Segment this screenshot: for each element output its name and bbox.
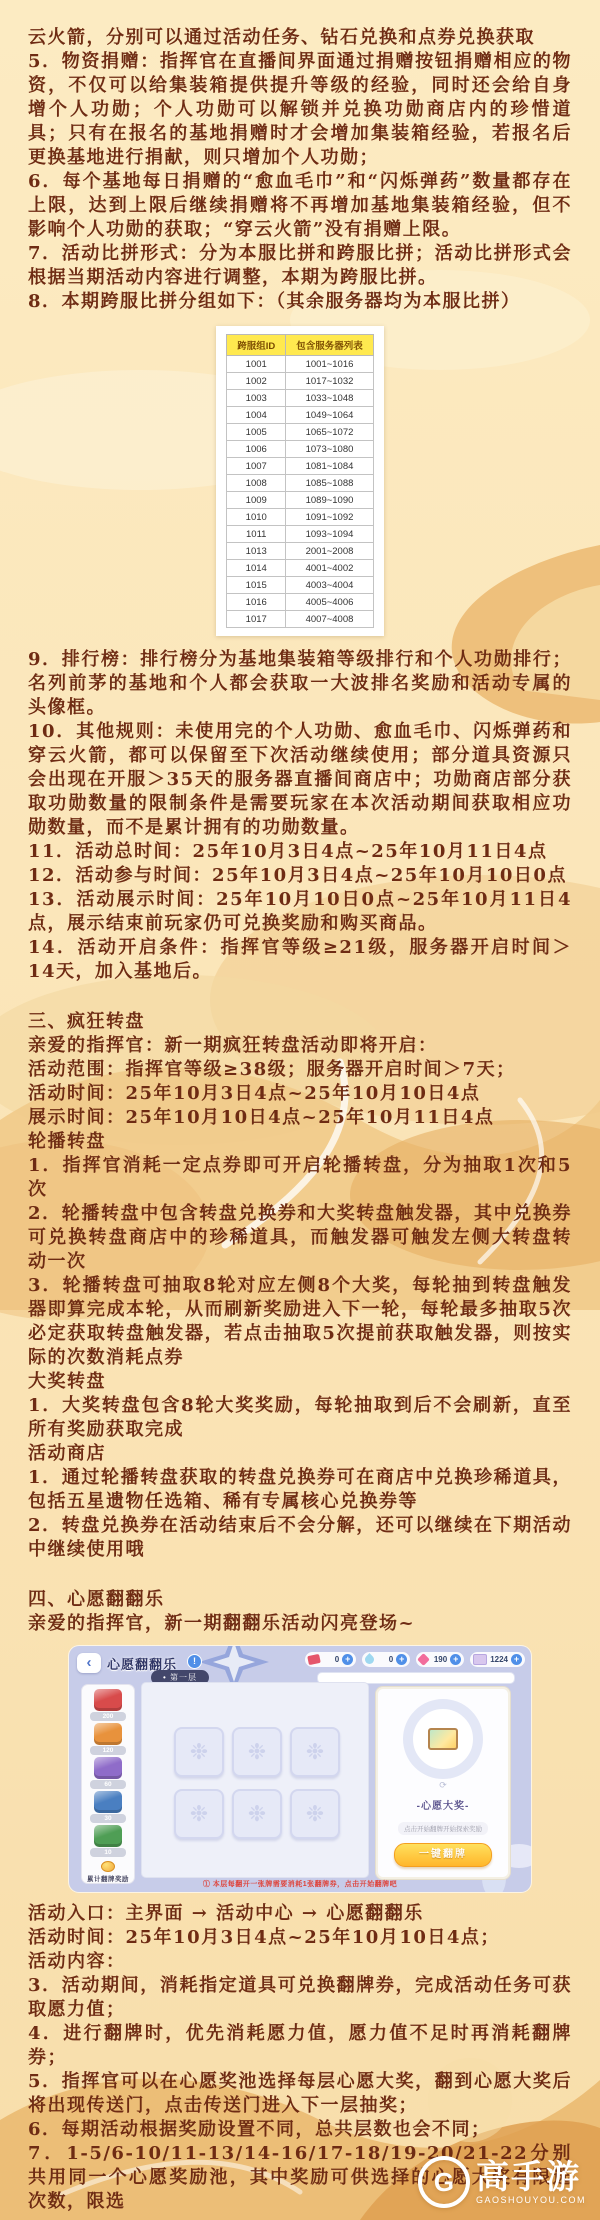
- gift-box-icon: [94, 1791, 122, 1813]
- reward-sidebar: 200120603010 累计翻牌奖励: [81, 1684, 135, 1884]
- article-paragraph: 7．活动比拼形式：分为本服比拼和跨服比拼；活动比拼形式会根据当期活动内容进行调整…: [28, 242, 572, 290]
- ticket-icon: [307, 1654, 321, 1665]
- watermark-brand: 高手游: [476, 2160, 586, 2193]
- currency-pill: 0+: [362, 1652, 410, 1667]
- reward-box-list: 200120603010: [90, 1689, 126, 1859]
- table-row: 10031033~1048: [227, 390, 374, 407]
- currency-bar: 0+0+190+1224+: [305, 1652, 525, 1667]
- table-cell: 4007~4008: [286, 611, 374, 628]
- table-cell: 1081~1084: [286, 458, 374, 475]
- prize-card-icon: [428, 1728, 458, 1750]
- watermark: G 高手游 GAOSHOUYOU.COM: [418, 2156, 586, 2208]
- wish-prize-panel: ⟳ -心愿大奖- 点击开始翻牌开始探索奖励 一键翻牌: [375, 1686, 511, 1880]
- table-cell: 1002: [227, 373, 286, 390]
- table-row: 10091089~1090: [227, 492, 374, 509]
- table-row: 10081085~1088: [227, 475, 374, 492]
- table-row: 10071081~1084: [227, 458, 374, 475]
- flip-card-tile[interactable]: ❉: [232, 1727, 282, 1777]
- plus-button[interactable]: +: [511, 1654, 522, 1665]
- table-row: 10164005~4006: [227, 594, 374, 611]
- table-row: 10174007~4008: [227, 611, 374, 628]
- article-paragraph: 3．轮播转盘可抽取8轮对应左侧8个大奖，每轮抽到转盘触发器即算完成本轮，从而刷新…: [28, 1274, 572, 1370]
- reward-box-item[interactable]: 10: [90, 1825, 126, 1857]
- table-cell: 1015: [227, 577, 286, 594]
- article-paragraph: 1．通过轮播转盘获取的转盘兑换券可在商店中兑换珍稀道具，包括五星遗物任选箱、稀有…: [28, 1466, 572, 1514]
- article-paragraph: 1．大奖转盘包含8轮大奖奖励，每轮抽取到后不会刷新，直至所有奖励获取完成: [28, 1394, 572, 1442]
- flip-card-tile[interactable]: ❉: [290, 1727, 340, 1777]
- table-cell: 1065~1072: [286, 424, 374, 441]
- table-row: 10144001~4002: [227, 560, 374, 577]
- table-cell: 1008: [227, 475, 286, 492]
- table-row: 10101091~1092: [227, 509, 374, 526]
- table-header-cell: 跨服组ID: [227, 335, 286, 356]
- article-paragraph: 4．进行翻牌时，优先消耗愿力值，愿力值不足时再消耗翻牌券；: [28, 2022, 572, 2070]
- plus-button[interactable]: +: [450, 1654, 461, 1665]
- table-cell: 1089~1090: [286, 492, 374, 509]
- paragraph-spacer: [28, 1562, 572, 1588]
- server-group-table-card: 跨服组ID包含服务器列表 10011001~101610021017~10321…: [216, 326, 384, 636]
- gift-box-icon: [94, 1723, 122, 1745]
- article-paragraph: 活动范围：指挥官等级≥38级；服务器开启时间＞7天；: [28, 1058, 572, 1082]
- one-key-flip-button[interactable]: 一键翻牌: [394, 1843, 492, 1867]
- game-screenshot-wish-flip: ‹ 心愿翻翻乐 ! 0+0+190+1224+ • 第一层 2001206030…: [69, 1646, 531, 1892]
- reward-count-badge: 10: [90, 1848, 126, 1857]
- plus-button[interactable]: +: [396, 1654, 407, 1665]
- article-paragraph: 11．活动总时间：25年10月3日4点~25年10月11日4点: [28, 840, 572, 864]
- table-cell: 4001~4002: [286, 560, 374, 577]
- currency-pill: 0+: [305, 1652, 356, 1667]
- article-paragraph: 云火箭，分别可以通过活动任务、钻石兑换和点券兑换获取: [28, 26, 572, 50]
- article-paragraph: 6．每期活动根据奖励设置不同，总共层数也会不同；: [28, 2118, 572, 2142]
- table-cell: 1085~1088: [286, 475, 374, 492]
- reward-box-item[interactable]: 60: [90, 1757, 126, 1789]
- article-paragraph: 活动入口：主界面 → 活动中心 → 心愿翻翻乐: [28, 1902, 572, 1926]
- reward-box-item[interactable]: 120: [90, 1723, 126, 1755]
- table-cell: 1033~1048: [286, 390, 374, 407]
- article-paragraph: 5．物资捐赠：指挥官在直播间界面通过捐赠按钮捐赠相应的物资，不仅可以给集装箱提供…: [28, 50, 572, 170]
- flip-card-tile[interactable]: ❉: [290, 1789, 340, 1839]
- reward-count-badge: 120: [90, 1746, 126, 1755]
- table-row: 10051065~1072: [227, 424, 374, 441]
- table-header-cell: 包含服务器列表: [286, 335, 374, 356]
- screenshot-tip-text: ① 本层每翻开一张牌需要消耗1张翻牌券，点击开始翻牌吧: [69, 1879, 531, 1889]
- currency-value: 0: [377, 1655, 393, 1664]
- plus-button[interactable]: +: [342, 1654, 353, 1665]
- article-paragraph: 2．转盘兑换券在活动结束后不会分解，还可以继续在下期活动中继续使用哦: [28, 1514, 572, 1562]
- table-row: 10041049~1064: [227, 407, 374, 424]
- article-paragraph: 四、心愿翻翻乐: [28, 1588, 572, 1612]
- table-cell: 4005~4006: [286, 594, 374, 611]
- table-row: 10061073~1080: [227, 441, 374, 458]
- article-paragraph: 5．指挥官可以在心愿奖池选择每层心愿大奖，翻到心愿大奖后将出现传送门，点击传送门…: [28, 2070, 572, 2118]
- table-cell: 1049~1064: [286, 407, 374, 424]
- article-paragraph: 亲爱的指挥官，新一期翻翻乐活动闪亮登场~: [28, 1612, 572, 1636]
- article-paragraph: 8．本期跨服比拼分组如下：（其余服务器均为本服比拼）: [28, 290, 572, 314]
- table-row: 10132001~2008: [227, 543, 374, 560]
- article-section-event-rules: 云火箭，分别可以通过活动任务、钻石兑换和点券兑换获取5．物资捐赠：指挥官在直播间…: [28, 26, 572, 314]
- article-paragraph: 2．轮播转盘中包含转盘兑换券和大奖转盘触发器，其中兑换券可兑换转盘商店中的珍稀道…: [28, 1202, 572, 1274]
- card-board: ❉❉❉❉❉❉: [141, 1682, 369, 1878]
- article-paragraph: 9．排行榜：排行榜分为基地集装箱等级排行和个人功勋排行；名列前茅的基地和个人都会…: [28, 648, 572, 720]
- info-icon[interactable]: !: [187, 1654, 202, 1669]
- article-paragraph: 活动时间：25年10月3日4点~25年10月10日4点: [28, 1082, 572, 1106]
- currency-value: 190: [431, 1655, 447, 1664]
- article-paragraph: 展示时间：25年10月10日4点~25年10月11日4点: [28, 1106, 572, 1130]
- table-cell: 1001~1016: [286, 356, 374, 373]
- refresh-icon[interactable]: ⟳: [439, 1780, 447, 1791]
- back-button[interactable]: ‹: [77, 1653, 101, 1673]
- table-cell: 1009: [227, 492, 286, 509]
- table-cell: 1007: [227, 458, 286, 475]
- table-cell: 1016: [227, 594, 286, 611]
- currency-value: 0: [323, 1655, 339, 1664]
- table-cell: 1006: [227, 441, 286, 458]
- server-group-table: 跨服组ID包含服务器列表 10011001~101610021017~10321…: [226, 334, 374, 628]
- table-cell: 1091~1092: [286, 509, 374, 526]
- article-paragraph: 6．每个基地每日捐赠的“愈血毛巾”和“闪烁弹药”数量都存在上限，达到上限后继续捐…: [28, 170, 572, 242]
- gem-icon: [417, 1653, 430, 1666]
- currency-pill: 190+: [416, 1652, 464, 1667]
- reward-box-item[interactable]: 30: [90, 1791, 126, 1823]
- table-cell: 1011: [227, 526, 286, 543]
- table-cell: 1017~1032: [286, 373, 374, 390]
- article-paragraph: 亲爱的指挥官：新一期疯狂转盘活动即将开启：: [28, 1034, 572, 1058]
- table-cell: 1005: [227, 424, 286, 441]
- prize-hint-text: 点击开始翻牌开始探索奖励: [398, 1822, 488, 1835]
- table-cell: 1010: [227, 509, 286, 526]
- article-page: 云火箭，分别可以通过活动任务、钻石兑换和点券兑换获取5．物资捐赠：指挥官在直播间…: [0, 0, 600, 2214]
- article-paragraph: 活动时间：25年10月3日4点~25年10月10日4点；: [28, 1926, 572, 1950]
- wish-prize-label: -心愿大奖-: [417, 1797, 470, 1812]
- table-cell: 1017: [227, 611, 286, 628]
- table-row: 10021017~1032: [227, 373, 374, 390]
- coin-icon: [101, 1861, 115, 1872]
- gift-box-icon: [94, 1757, 122, 1779]
- flip-card-tile[interactable]: ❉: [232, 1789, 282, 1839]
- table-cell: 2001~2008: [286, 543, 374, 560]
- article-paragraph: 大奖转盘: [28, 1370, 572, 1394]
- article-paragraph: 三、疯狂转盘: [28, 1010, 572, 1034]
- article-paragraph: 10．其他规则：未使用完的个人功勋、愈血毛巾、闪烁弹药和穿云火箭，都可以保留至下…: [28, 720, 572, 840]
- article-paragraph: 3．活动期间，消耗指定道具可兑换翻牌券，完成活动任务可获取愿力值；: [28, 1974, 572, 2022]
- article-section-crazy-wheel: 9．排行榜：排行榜分为基地集装箱等级排行和个人功勋排行；名列前茅的基地和个人都会…: [28, 648, 572, 1636]
- gift-box-icon: [94, 1689, 122, 1711]
- watermark-domain: GAOSHOUYOU.COM: [476, 2196, 586, 2205]
- scroll-icon: [473, 1654, 487, 1665]
- article-paragraph: 12．活动参与时间：25年10月3日4点~25年10月10日0点: [28, 864, 572, 888]
- table-cell: 1003: [227, 390, 286, 407]
- reward-box-item[interactable]: 200: [90, 1689, 126, 1721]
- table-row: 10154003~4004: [227, 577, 374, 594]
- reward-count-badge: 30: [90, 1814, 126, 1823]
- table-cell: 1013: [227, 543, 286, 560]
- table-row: 10111093~1094: [227, 526, 374, 543]
- gaoshouyou-logo-icon: G: [418, 2156, 470, 2208]
- gift-box-icon: [94, 1825, 122, 1847]
- flip-card-tile[interactable]: ❉: [174, 1727, 224, 1777]
- currency-value: 1224: [490, 1655, 508, 1664]
- prize-dial: [403, 1699, 483, 1779]
- paragraph-spacer: [28, 984, 572, 1010]
- waterdrop-icon: [363, 1653, 376, 1666]
- flip-card-tile[interactable]: ❉: [174, 1789, 224, 1839]
- table-cell: 1014: [227, 560, 286, 577]
- article-paragraph: 活动商店: [28, 1442, 572, 1466]
- article-paragraph: 轮播转盘: [28, 1130, 572, 1154]
- table-cell: 1001: [227, 356, 286, 373]
- article-paragraph: 14．活动开启条件：指挥官等级≥21级，服务器开启时间＞14天，加入基地后。: [28, 936, 572, 984]
- reward-count-badge: 60: [90, 1780, 126, 1789]
- table-cell: 1093~1094: [286, 526, 374, 543]
- article-paragraph: 13．活动展示时间：25年10月10日0点~25年10月11日4点，展示结束前玩…: [28, 888, 572, 936]
- table-cell: 4003~4004: [286, 577, 374, 594]
- table-cell: 1004: [227, 407, 286, 424]
- article-paragraph: 活动内容：: [28, 1950, 572, 1974]
- article-paragraph: 1．指挥官消耗一定点券即可开启轮播转盘，分为抽取1次和5次: [28, 1154, 572, 1202]
- flip-card-grid: ❉❉❉❉❉❉: [174, 1727, 336, 1839]
- currency-pill: 1224+: [470, 1652, 525, 1667]
- table-cell: 1073~1080: [286, 441, 374, 458]
- table-row: 10011001~1016: [227, 356, 374, 373]
- reward-count-badge: 200: [90, 1712, 126, 1721]
